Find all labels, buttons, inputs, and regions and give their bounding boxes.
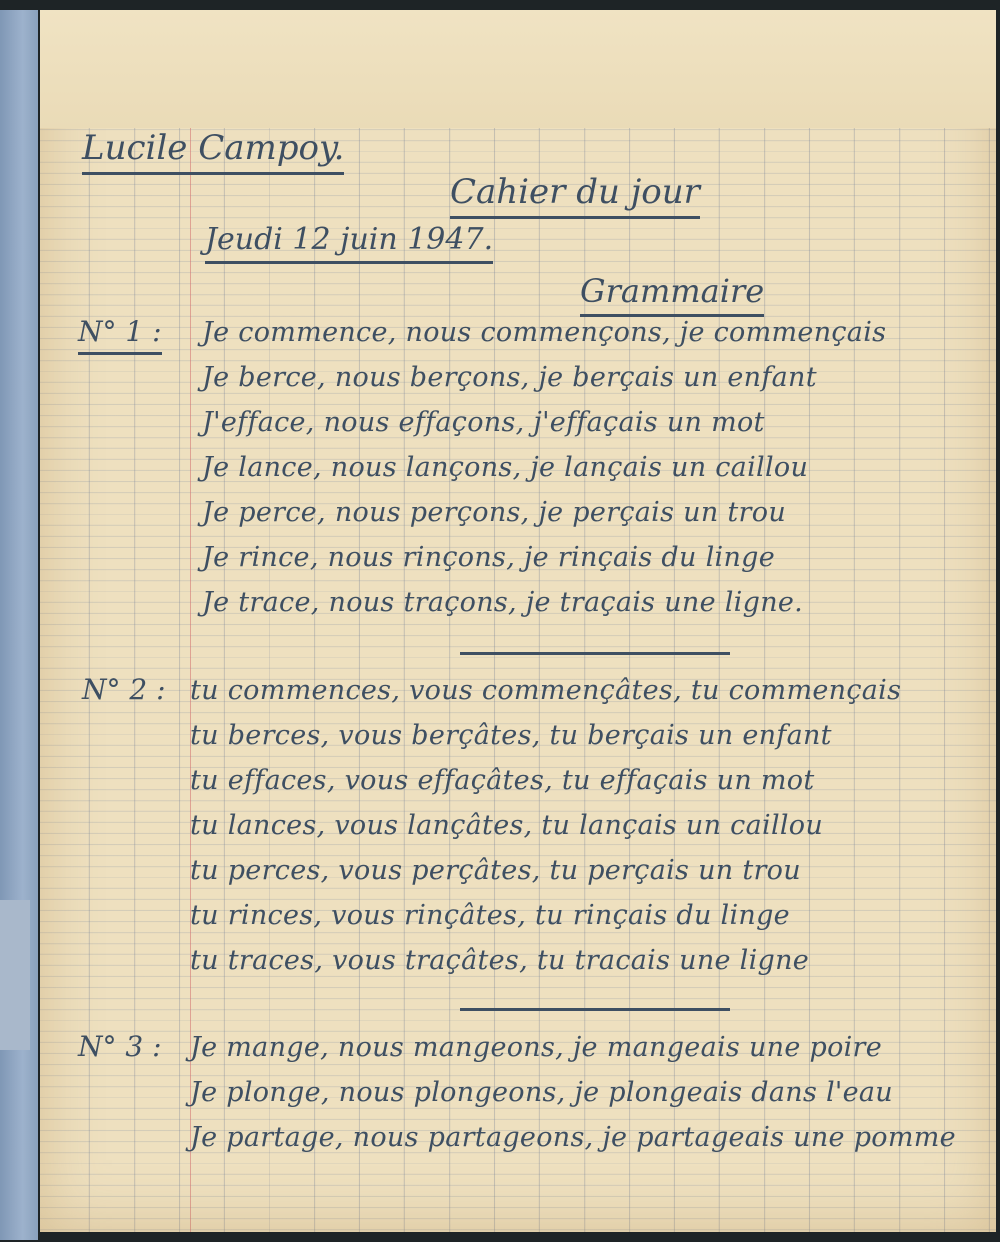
subject-heading: Grammaire bbox=[580, 272, 764, 317]
notebook-cover bbox=[0, 10, 38, 1240]
section-separator bbox=[460, 652, 730, 655]
exercise-2-line: tu berces, vous berçâtes, tu berçais un … bbox=[190, 720, 832, 751]
exercise-3-line: Je plonge, nous plongeons, je plongeais … bbox=[190, 1077, 893, 1108]
exercise-1-line: Je rince, nous rinçons, je rinçais du li… bbox=[202, 542, 775, 573]
exercise-2-line: tu lances, vous lançâtes, tu lançais un … bbox=[190, 810, 823, 841]
exercise-2-line: tu effaces, vous effaçâtes, tu effaçais … bbox=[190, 765, 815, 796]
page-top-margin bbox=[40, 10, 996, 128]
page-date: Jeudi 12 juin 1947. bbox=[205, 222, 493, 264]
exercise-1-line: Je lance, nous lançons, je lançais un ca… bbox=[202, 452, 808, 483]
exercise-1-line: Je perce, nous perçons, je perçais un tr… bbox=[202, 497, 786, 528]
page-title: Cahier du jour bbox=[450, 172, 700, 219]
exercise-1-label: N° 1 : bbox=[78, 315, 162, 355]
exercise-2-line: tu traces, vous traçâtes, tu tracais une… bbox=[190, 945, 809, 976]
exercise-1-line: Je berce, nous berçons, je berçais un en… bbox=[202, 362, 817, 393]
exercise-1-line: J'efface, nous effaçons, j'effaçais un m… bbox=[202, 407, 765, 438]
exercise-2-line: tu perces, vous perçâtes, tu perçais un … bbox=[190, 855, 801, 886]
exercise-2-line: tu commences, vous commençâtes, tu comme… bbox=[190, 675, 901, 706]
student-name: Lucile Campoy. bbox=[82, 128, 344, 175]
exercise-2-label: N° 2 : bbox=[82, 673, 166, 706]
section-separator bbox=[460, 1008, 730, 1011]
exercise-3-line: Je partage, nous partageons, je partagea… bbox=[190, 1122, 956, 1153]
cover-torn-edge bbox=[0, 900, 30, 1050]
exercise-3-line: Je mange, nous mangeons, je mangeais une… bbox=[190, 1032, 882, 1063]
exercise-3-label: N° 3 : bbox=[78, 1030, 162, 1063]
notebook-page: Lucile Campoy. Cahier du jour Jeudi 12 j… bbox=[40, 10, 996, 1232]
exercise-2-line: tu rinces, vous rinçâtes, tu rinçais du … bbox=[190, 900, 790, 931]
exercise-1-line: Je commence, nous commençons, je commenç… bbox=[202, 317, 886, 348]
exercise-1-line: Je trace, nous traçons, je traçais une l… bbox=[202, 587, 803, 618]
